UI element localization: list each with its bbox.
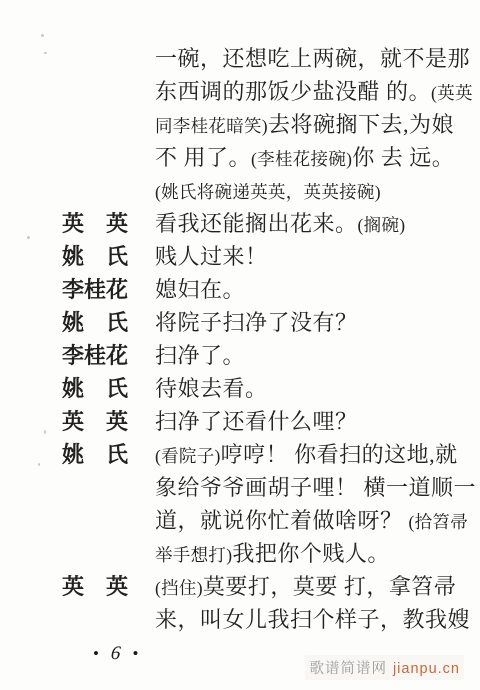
script-line: 东西调的那饭少盐没醋 的。(英英 bbox=[0, 75, 480, 108]
scanned-script-page: 一碗，还想吃上两碗，就不是那东西调的那饭少盐没醋 的。(英英同李桂花暗笑)去将碗… bbox=[0, 0, 480, 690]
script-line: 同李桂花暗笑)去将碗搁下去,为娘 bbox=[0, 108, 480, 141]
dialogue-text: 待娘去看。 bbox=[155, 372, 268, 405]
footer-right-dot: • bbox=[132, 645, 138, 662]
speaker-char: 英 bbox=[62, 405, 84, 438]
dialogue-text: (挡住)莫要打，莫要 打，拿笤帚 bbox=[155, 570, 456, 605]
speaker-char: 英 bbox=[62, 570, 84, 603]
script-line: 一碗，还想吃上两碗，就不是那 bbox=[0, 42, 480, 75]
speaker-name: 英英 bbox=[62, 207, 128, 240]
footer-left-dot: • bbox=[93, 645, 99, 662]
dialogue-segment: 你 去 远。 bbox=[352, 145, 454, 170]
speaker-char: 李 bbox=[62, 339, 84, 372]
stage-direction: (挡住) bbox=[155, 578, 203, 598]
scan-speck bbox=[27, 236, 30, 239]
scan-speck bbox=[44, 430, 46, 434]
dialogue-segment: 看我还能搁出花来。 bbox=[155, 211, 358, 236]
speaker-char: 桂 bbox=[84, 273, 106, 306]
speaker-char: 姚 bbox=[62, 306, 84, 339]
dialogue-text: 来，叫女儿我扫个样子，教我嫂 bbox=[155, 603, 470, 636]
speaker-char: 姚 bbox=[62, 438, 84, 471]
dialogue-text: 看我还能搁出花来。(搁碗) bbox=[155, 207, 405, 242]
stage-direction: 同李桂花暗笑) bbox=[155, 116, 268, 136]
dialogue-segment: 来，叫女儿我扫个样子，教我嫂 bbox=[155, 607, 470, 632]
script-line: 不 用了。(李桂花接碗)你 去 远。 bbox=[0, 141, 480, 174]
dialogue-segment: 去将碗搁下去,为娘 bbox=[268, 112, 454, 137]
scan-speck bbox=[41, 34, 44, 37]
speaker-char: 氏 bbox=[106, 372, 128, 405]
dialogue-text: 扫净了还看什么哩？ bbox=[155, 405, 358, 438]
speaker-char: 桂 bbox=[84, 339, 106, 372]
speaker-char: 氏 bbox=[106, 438, 128, 471]
dialogue-segment: 哼哼！ 你看扫的这地,就 bbox=[221, 442, 458, 467]
speaker-name: 姚氏 bbox=[62, 438, 128, 471]
speaker-name: 姚氏 bbox=[62, 306, 128, 339]
dialogue-segment: 东西调的那饭少盐没醋 的。 bbox=[155, 79, 431, 104]
script-line: 道，就说你忙着做啥呀？ (拾笤帚 bbox=[0, 504, 480, 537]
script-line: (姚氏将碗递英英，英英接碗) bbox=[0, 174, 480, 207]
speaker-char: 英 bbox=[106, 405, 128, 438]
dialogue-text: 一碗，还想吃上两碗，就不是那 bbox=[155, 42, 470, 75]
speaker-char: 姚 bbox=[62, 240, 84, 273]
script-line: 英英扫净了还看什么哩？ bbox=[0, 405, 480, 438]
speaker-name: 姚氏 bbox=[62, 240, 128, 273]
dialogue-segment: 待娘去看。 bbox=[155, 376, 268, 401]
dialogue-segment: 贱人过来！ bbox=[155, 244, 268, 269]
speaker-char: 英 bbox=[106, 570, 128, 603]
dialogue-text: (看院子)哼哼！ 你看扫的这地,就 bbox=[155, 438, 458, 473]
dialogue-text: 贱人过来！ bbox=[155, 240, 268, 273]
stage-direction: (搁碗) bbox=[358, 215, 406, 235]
watermark-site-name: 歌谱简谱网 bbox=[309, 661, 387, 677]
script-line: 李桂花扫净了。 bbox=[0, 339, 480, 372]
dialogue-text: 道，就说你忙着做啥呀？ (拾笤帚 bbox=[155, 504, 468, 539]
script-line: 象给爷爷画胡子哩！ 横一道顺一 bbox=[0, 471, 480, 504]
stage-direction: (李桂花接碗) bbox=[251, 149, 352, 169]
dialogue-text: 扫净了。 bbox=[155, 339, 245, 372]
script-line: 李桂花媳妇在。 bbox=[0, 273, 480, 306]
speaker-char: 氏 bbox=[106, 240, 128, 273]
stage-direction: (看院子) bbox=[155, 446, 221, 466]
speaker-name: 李桂花 bbox=[62, 339, 128, 372]
speaker-name: 英英 bbox=[62, 405, 128, 438]
watermark-site-url: jianpu.cn bbox=[393, 661, 460, 677]
script-line: 姚氏(看院子)哼哼！ 你看扫的这地,就 bbox=[0, 438, 480, 471]
script-line: 举手想打)我把你个贱人。 bbox=[0, 537, 480, 570]
speaker-char: 李 bbox=[62, 273, 84, 306]
script-lines: 一碗，还想吃上两碗，就不是那东西调的那饭少盐没醋 的。(英英同李桂花暗笑)去将碗… bbox=[0, 0, 480, 636]
dialogue-segment: 扫净了。 bbox=[155, 343, 245, 368]
stage-direction: 举手想打) bbox=[155, 545, 232, 565]
speaker-char: 花 bbox=[106, 339, 128, 372]
dialogue-text: 不 用了。(李桂花接碗)你 去 远。 bbox=[155, 141, 454, 176]
script-line: 姚氏贱人过来！ bbox=[0, 240, 480, 273]
stage-direction: (姚氏将碗递英英，英英接碗) bbox=[155, 182, 381, 202]
speaker-char: 氏 bbox=[106, 306, 128, 339]
watermark: 歌谱简谱网jianpu.cn bbox=[305, 655, 464, 680]
dialogue-segment: 扫净了还看什么哩？ bbox=[155, 409, 358, 434]
dialogue-segment: 将院子扫净了没有？ bbox=[155, 310, 358, 335]
scan-speck bbox=[38, 463, 40, 466]
page-footer: • 6 • bbox=[93, 644, 138, 663]
speaker-name: 李桂花 bbox=[62, 273, 128, 306]
script-line: 英英看我还能搁出花来。(搁碗) bbox=[0, 207, 480, 240]
script-line: 英英(挡住)莫要打，莫要 打，拿笤帚 bbox=[0, 570, 480, 603]
dialogue-segment: 媳妇在。 bbox=[155, 277, 245, 302]
speaker-char: 姚 bbox=[62, 372, 84, 405]
dialogue-segment: 莫要打，莫要 打，拿笤帚 bbox=[203, 574, 457, 599]
dialogue-text: 媳妇在。 bbox=[155, 273, 245, 306]
dialogue-text: 举手想打)我把你个贱人。 bbox=[155, 537, 390, 572]
stage-direction: (英英 bbox=[431, 83, 473, 103]
speaker-char: 英 bbox=[62, 207, 84, 240]
dialogue-text: 东西调的那饭少盐没醋 的。(英英 bbox=[155, 75, 473, 110]
dialogue-text: 同李桂花暗笑)去将碗搁下去,为娘 bbox=[155, 108, 454, 143]
dialogue-segment: 象给爷爷画胡子哩！ 横一道顺一 bbox=[155, 475, 476, 500]
scan-speck bbox=[44, 52, 47, 54]
page-number: 6 bbox=[110, 644, 121, 663]
speaker-name: 英英 bbox=[62, 570, 128, 603]
script-line: 姚氏待娘去看。 bbox=[0, 372, 480, 405]
dialogue-text: (姚氏将碗递英英，英英接碗) bbox=[155, 174, 381, 209]
dialogue-segment: 不 用了。 bbox=[155, 145, 251, 170]
speaker-char: 花 bbox=[106, 273, 128, 306]
dialogue-segment: 一碗，还想吃上两碗，就不是那 bbox=[155, 46, 470, 71]
dialogue-text: 象给爷爷画胡子哩！ 横一道顺一 bbox=[155, 471, 476, 504]
dialogue-segment: 道，就说你忙着做啥呀？ bbox=[155, 508, 409, 533]
script-line: 姚氏将院子扫净了没有？ bbox=[0, 306, 480, 339]
dialogue-segment: 我把你个贱人。 bbox=[232, 541, 390, 566]
script-line: 来，叫女儿我扫个样子，教我嫂 bbox=[0, 603, 480, 636]
speaker-char: 英 bbox=[106, 207, 128, 240]
dialogue-text: 将院子扫净了没有？ bbox=[155, 306, 358, 339]
speaker-name: 姚氏 bbox=[62, 372, 128, 405]
stage-direction: (拾笤帚 bbox=[409, 512, 469, 532]
